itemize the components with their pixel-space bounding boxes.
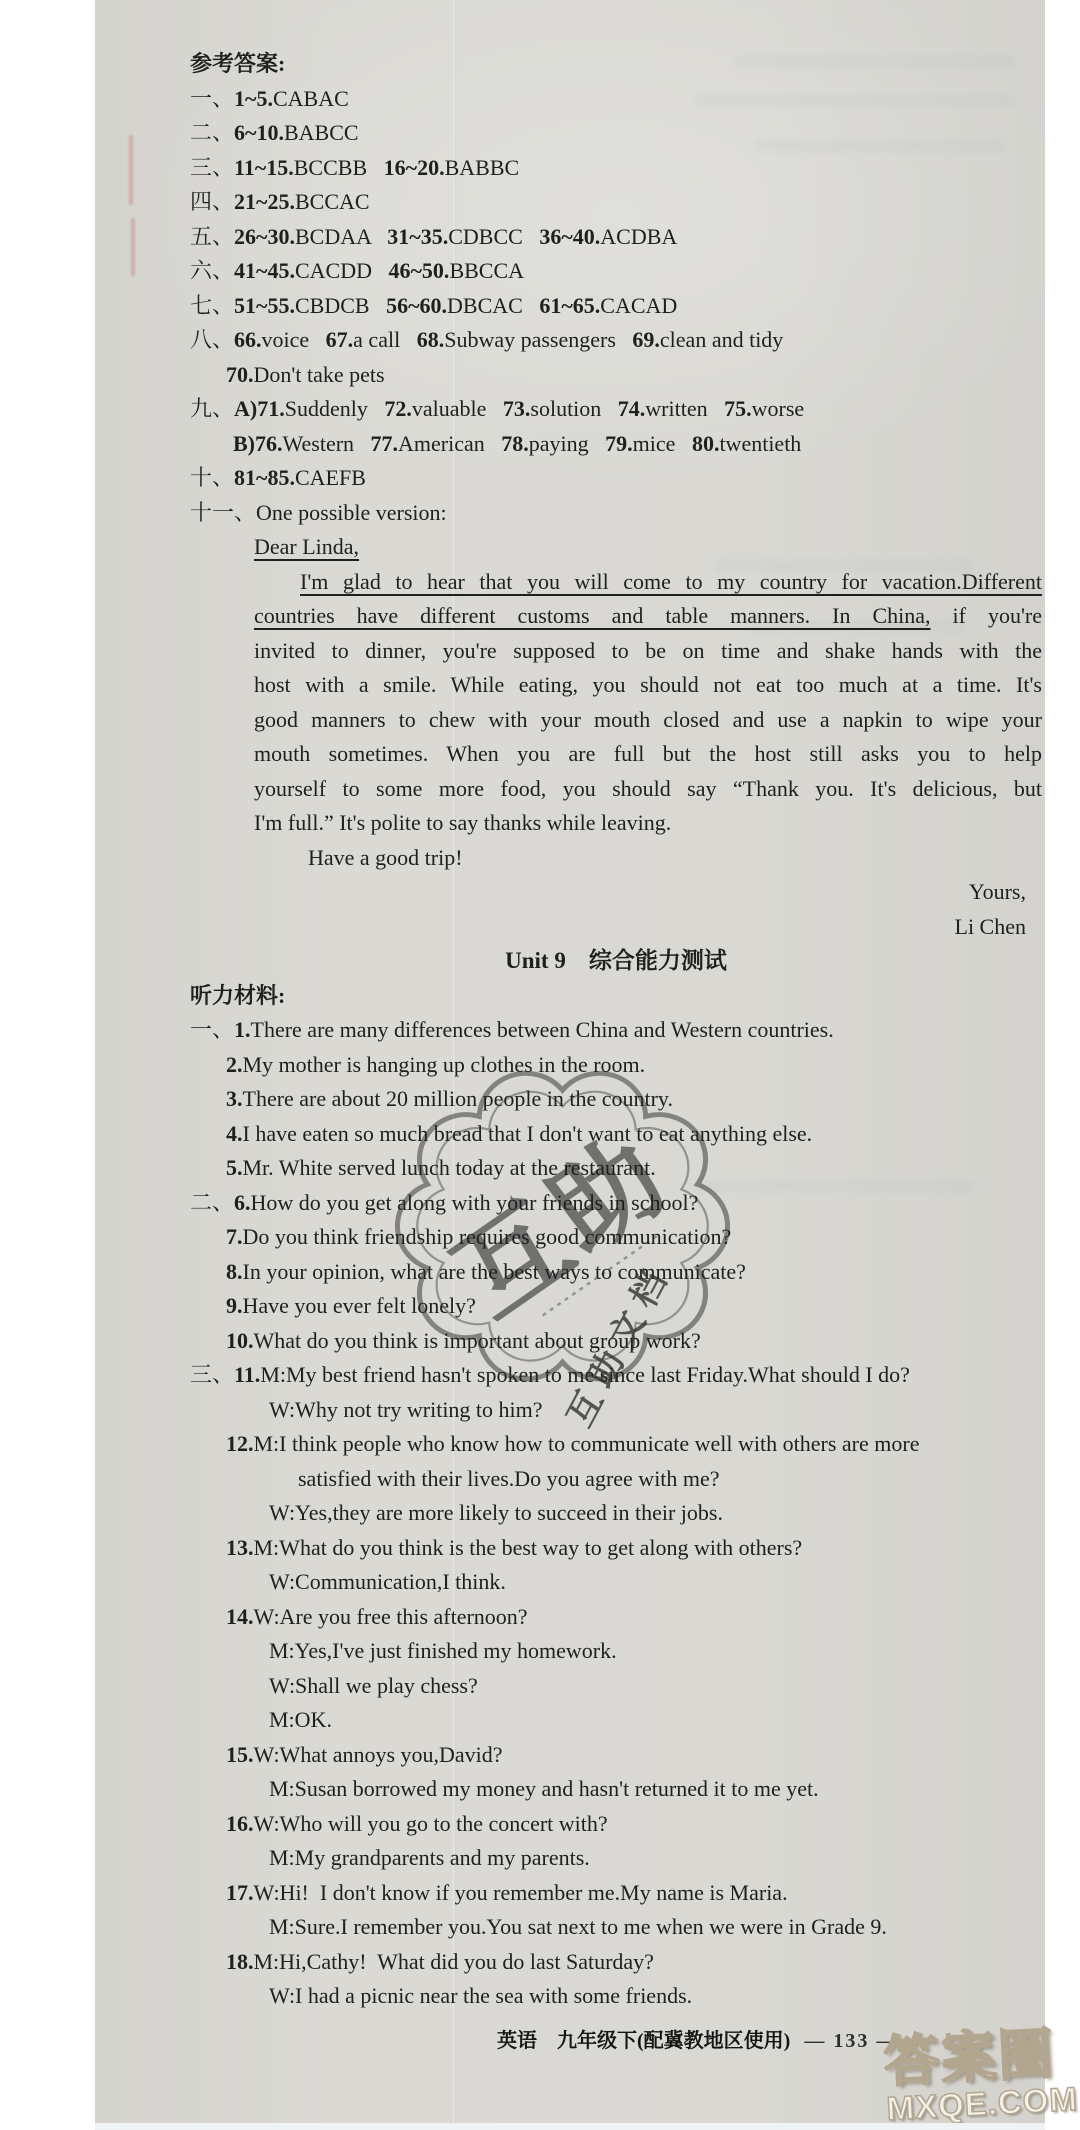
text-segment: There are many differences between China… bbox=[251, 1017, 834, 1042]
text-segment: 一、 bbox=[190, 86, 234, 111]
text-segment: 三、 bbox=[190, 1362, 234, 1387]
text-segment: W:Hi! I don't know if you remember me.My… bbox=[254, 1880, 788, 1905]
item-number: 16~20. bbox=[384, 155, 445, 180]
text-segment: 十一、 bbox=[190, 500, 256, 525]
watermark-logo-title: 答案圈 bbox=[883, 2025, 1077, 2090]
item-number: 6~10. bbox=[234, 120, 284, 145]
item-number: 75. bbox=[724, 396, 752, 421]
text-line: 18.M:Hi,Cathy! What did you do last Satu… bbox=[190, 1945, 1042, 1980]
text-segment bbox=[708, 396, 725, 421]
text-segment: CBDCB bbox=[295, 293, 370, 318]
text-segment: if you're bbox=[931, 603, 1042, 628]
text-segment: 四、 bbox=[190, 189, 234, 214]
item-number: 79. bbox=[605, 431, 633, 456]
text-segment bbox=[354, 431, 371, 456]
text-segment: a call bbox=[353, 327, 400, 352]
text-segment: BABBC bbox=[445, 155, 520, 180]
footer-book-title: 英语 九年级下(配冀教地区使用) bbox=[497, 2030, 790, 2052]
text-segment bbox=[486, 396, 503, 421]
text-segment: 八、 bbox=[190, 327, 234, 352]
text-segment bbox=[523, 293, 540, 318]
text-segment: satisfied with their lives.Do you agree … bbox=[298, 1466, 720, 1491]
item-number: 3. bbox=[226, 1086, 243, 1111]
item-number: 66. bbox=[234, 327, 262, 352]
text-line: M:Susan borrowed my money and hasn't ret… bbox=[190, 1772, 1042, 1807]
text-segment bbox=[601, 396, 618, 421]
text-line: 一、1~5.CABAC bbox=[190, 82, 1042, 117]
item-number: 41~45. bbox=[234, 258, 295, 283]
text-line: satisfied with their lives.Do you agree … bbox=[190, 1462, 1042, 1497]
text-line: 15.W:What annoys you,David? bbox=[190, 1738, 1042, 1773]
item-number: 11~15. bbox=[234, 155, 294, 180]
text-segment: good manners to chew with your mouth clo… bbox=[254, 707, 1042, 732]
text-segment: 五、 bbox=[190, 224, 234, 249]
text-segment bbox=[371, 224, 388, 249]
text-segment: W:Yes,they are more likely to succeed in… bbox=[269, 1500, 723, 1525]
item-number: 77. bbox=[371, 431, 399, 456]
text-segment bbox=[372, 258, 389, 283]
text-segment bbox=[370, 293, 387, 318]
text-segment: 二、 bbox=[190, 1190, 234, 1215]
text-line: M:OK. bbox=[190, 1703, 1042, 1738]
item-number: 2. bbox=[226, 1052, 243, 1077]
paper-background: 参考答案: 一、1~5.CABAC二、6~10.BABCC三、11~15.BCC… bbox=[95, 0, 1045, 2130]
text-segment: CABAC bbox=[273, 86, 349, 111]
text-segment: CDBCC bbox=[448, 224, 523, 249]
text-segment: I'm glad to hear that you will come to m… bbox=[300, 569, 1042, 594]
item-number: 67. bbox=[326, 327, 354, 352]
text-line: host with a smile. While eating, you sho… bbox=[190, 668, 1042, 703]
text-line: Have a good trip! bbox=[190, 841, 1042, 876]
text-segment: I'm full.” It's polite to say thanks whi… bbox=[254, 810, 671, 835]
text-line: B)76.Western 77.American 78.paying 79.mi… bbox=[190, 427, 1042, 462]
text-line: 17.W:Hi! I don't know if you remember me… bbox=[190, 1876, 1042, 1911]
item-number: 1. bbox=[234, 1017, 251, 1042]
text-segment bbox=[309, 327, 326, 352]
text-segment: W:Why not try writing to him? bbox=[269, 1397, 543, 1422]
text-segment: BCCBB bbox=[294, 155, 367, 180]
text-line: W:Shall we play chess? bbox=[190, 1669, 1042, 1704]
text-line: M:Yes,I've just finished my homework. bbox=[190, 1634, 1042, 1669]
text-segment: DBCAC bbox=[447, 293, 523, 318]
item-number: 17. bbox=[226, 1880, 254, 1905]
text-line: 16.W:Who will you go to the concert with… bbox=[190, 1807, 1042, 1842]
item-number: 12. bbox=[226, 1431, 254, 1456]
text-segment: 九、 bbox=[190, 396, 234, 421]
text-line: Li Chen bbox=[190, 910, 1042, 945]
item-number: 15. bbox=[226, 1742, 254, 1767]
text-line: W:Communication,I think. bbox=[190, 1565, 1042, 1600]
text-segment bbox=[589, 431, 606, 456]
text-segment: yourself to some more food, you should s… bbox=[254, 776, 1042, 801]
text-line: W:Yes,they are more likely to succeed in… bbox=[190, 1496, 1042, 1531]
item-number: 9. bbox=[226, 1293, 243, 1318]
text-segment: M:Susan borrowed my money and hasn't ret… bbox=[269, 1776, 819, 1801]
text-segment: mice bbox=[633, 431, 676, 456]
page-footer: 英语 九年级下(配冀教地区使用)— 133 — bbox=[497, 2026, 898, 2056]
text-segment bbox=[675, 431, 692, 456]
item-number: 78. bbox=[501, 431, 529, 456]
item-number: 69. bbox=[632, 327, 660, 352]
text-line: I'm full.” It's polite to say thanks whi… bbox=[190, 806, 1042, 841]
text-segment: BCCAC bbox=[295, 189, 370, 214]
item-number: 26~30. bbox=[234, 224, 295, 249]
text-segment: twentieth bbox=[719, 431, 801, 456]
text-segment: CACAD bbox=[600, 293, 677, 318]
text-segment: M:Yes,I've just finished my homework. bbox=[269, 1638, 617, 1663]
text-segment: countries have different customs and tab… bbox=[254, 603, 931, 628]
text-segment: M:Hi,Cathy! What did you do last Saturda… bbox=[254, 1949, 654, 1974]
text-segment: Don't take pets bbox=[254, 362, 385, 387]
text-segment: written bbox=[645, 396, 707, 421]
text-segment: Have a good trip! bbox=[308, 845, 463, 870]
text-segment: ACDBA bbox=[600, 224, 677, 249]
text-line: M:Sure.I remember you.You sat next to me… bbox=[190, 1910, 1042, 1945]
text-line: 十一、One possible version: bbox=[190, 496, 1042, 531]
text-segment: CAEFB bbox=[295, 465, 366, 490]
text-segment: 一、 bbox=[190, 1017, 234, 1042]
text-line: 四、21~25.BCCAC bbox=[190, 185, 1042, 220]
text-segment: W:Who will you go to the concert with? bbox=[254, 1811, 608, 1836]
red-bleed-mark bbox=[131, 218, 135, 276]
text-segment bbox=[400, 327, 417, 352]
watermark-logo: 答案圈 MXQE.COM bbox=[883, 2025, 1079, 2125]
item-number: 13. bbox=[226, 1535, 254, 1560]
text-segment: BABCC bbox=[284, 120, 359, 145]
item-number: 80. bbox=[692, 431, 720, 456]
item-number: 73. bbox=[503, 396, 531, 421]
text-segment: clean and tidy bbox=[660, 327, 783, 352]
text-segment: mouth sometimes. When you are full but t… bbox=[254, 741, 1042, 766]
listening-material-title: 听力材料: bbox=[190, 979, 1042, 1014]
item-number: 8. bbox=[226, 1259, 243, 1284]
text-segment: M:OK. bbox=[269, 1707, 332, 1732]
text-segment: M:What do you think is the best way to g… bbox=[254, 1535, 803, 1560]
unit-heading: Unit 9 综合能力测试 bbox=[190, 944, 1042, 979]
text-segment bbox=[368, 396, 385, 421]
item-number: 68. bbox=[417, 327, 445, 352]
text-line: 六、41~45.CACDD 46~50.BBCCA bbox=[190, 254, 1042, 289]
text-line: 14.W:Are you free this afternoon? bbox=[190, 1600, 1042, 1635]
text-line: 五、26~30.BCDAA 31~35.CDBCC 36~40.ACDBA bbox=[190, 220, 1042, 255]
red-bleed-mark bbox=[129, 135, 133, 205]
text-segment bbox=[523, 224, 540, 249]
text-line: Yours, bbox=[190, 875, 1042, 910]
text-line: 一、1.There are many differences between C… bbox=[190, 1013, 1042, 1048]
ink-stamp: 互助 bbox=[390, 1066, 735, 1396]
item-number: B)76. bbox=[233, 431, 283, 456]
item-number: 70. bbox=[226, 362, 254, 387]
item-number: 81~85. bbox=[234, 465, 295, 490]
text-segment: M:My grandparents and my parents. bbox=[269, 1845, 590, 1870]
text-segment: Subway passengers bbox=[444, 327, 616, 352]
item-number: 6. bbox=[234, 1190, 251, 1215]
text-line: countries have different customs and tab… bbox=[190, 599, 1042, 634]
text-line: yourself to some more food, you should s… bbox=[190, 772, 1042, 807]
item-number: 74. bbox=[618, 396, 646, 421]
text-segment: invited to dinner, you're supposed to be… bbox=[254, 638, 1042, 663]
text-segment: One possible version: bbox=[256, 500, 447, 525]
text-line: 八、66.voice 67.a call 68.Subway passenger… bbox=[190, 323, 1042, 358]
item-number: 72. bbox=[384, 396, 412, 421]
text-line: I'm glad to hear that you will come to m… bbox=[190, 565, 1042, 600]
item-number: 61~65. bbox=[539, 293, 600, 318]
text-segment: 三、 bbox=[190, 155, 234, 180]
item-number: 51~55. bbox=[234, 293, 295, 318]
text-line: invited to dinner, you're supposed to be… bbox=[190, 634, 1042, 669]
item-number: 31~35. bbox=[387, 224, 448, 249]
text-segment: W:Shall we play chess? bbox=[269, 1673, 478, 1698]
item-number: A)71. bbox=[234, 396, 285, 421]
text-line: mouth sometimes. When you are full but t… bbox=[190, 737, 1042, 772]
scan-bottom-edge bbox=[95, 2123, 1045, 2130]
text-segment: W:Are you free this afternoon? bbox=[254, 1604, 528, 1629]
text-segment: BBCCA bbox=[449, 258, 524, 283]
text-segment bbox=[485, 431, 502, 456]
text-line: good manners to chew with your mouth clo… bbox=[190, 703, 1042, 738]
item-number: 46~50. bbox=[388, 258, 449, 283]
page-content: 参考答案: 一、1~5.CABAC二、6~10.BABCC三、11~15.BCC… bbox=[190, 47, 1042, 2014]
item-number: 56~60. bbox=[386, 293, 447, 318]
text-line: W:I had a picnic near the sea with some … bbox=[190, 1979, 1042, 2014]
text-segment bbox=[616, 327, 633, 352]
item-number: 18. bbox=[226, 1949, 254, 1974]
item-number: 16. bbox=[226, 1811, 254, 1836]
text-segment: Suddenly bbox=[285, 396, 368, 421]
text-segment: paying bbox=[529, 431, 589, 456]
item-number: 5. bbox=[226, 1155, 243, 1180]
text-line: 70.Don't take pets bbox=[190, 358, 1042, 393]
text-line: 七、51~55.CBDCB 56~60.DBCAC 61~65.CACAD bbox=[190, 289, 1042, 324]
text-segment: 七、 bbox=[190, 293, 234, 318]
watermark-logo-domain: MXQE.COM bbox=[886, 2082, 1079, 2125]
text-line: 十、81~85.CAEFB bbox=[190, 461, 1042, 496]
scanned-workbook-page: { "colors":{"paper":"#d9d8d3","ink":"#1f… bbox=[0, 0, 1080, 2130]
model-essay-letter: Dear Linda,I'm glad to hear that you wil… bbox=[190, 530, 1042, 944]
text-segment: CACDD bbox=[295, 258, 372, 283]
text-segment: Li Chen bbox=[955, 914, 1027, 939]
text-segment: W:What annoys you,David? bbox=[254, 1742, 503, 1767]
answer-key-lines: 一、1~5.CABAC二、6~10.BABCC三、11~15.BCCBB 16~… bbox=[190, 82, 1042, 531]
item-number: 4. bbox=[226, 1121, 243, 1146]
text-segment: W:Communication,I think. bbox=[269, 1569, 506, 1594]
text-segment: M:Sure.I remember you.You sat next to me… bbox=[269, 1914, 887, 1939]
text-segment: host with a smile. While eating, you sho… bbox=[254, 672, 1042, 697]
text-segment: valuable bbox=[412, 396, 487, 421]
item-number: 10. bbox=[226, 1328, 254, 1353]
text-line: 九、A)71.Suddenly 72.valuable 73.solution … bbox=[190, 392, 1042, 427]
text-segment: 六、 bbox=[190, 258, 234, 283]
text-segment: BCDAA bbox=[295, 224, 371, 249]
text-segment: Western bbox=[283, 431, 355, 456]
item-number: 1~5. bbox=[234, 86, 273, 111]
item-number: 14. bbox=[226, 1604, 254, 1629]
text-segment: solution bbox=[530, 396, 601, 421]
text-segment: American bbox=[398, 431, 485, 456]
text-line: M:My grandparents and my parents. bbox=[190, 1841, 1042, 1876]
text-segment: W:I had a picnic near the sea with some … bbox=[269, 1983, 692, 2008]
text-segment: Yours, bbox=[969, 879, 1026, 904]
text-line: 三、11~15.BCCBB 16~20.BABBC bbox=[190, 151, 1042, 186]
item-number: 21~25. bbox=[234, 189, 295, 214]
text-line: 12.M:I think people who know how to comm… bbox=[190, 1427, 1042, 1462]
text-segment: M:I think people who know how to communi… bbox=[254, 1431, 920, 1456]
item-number: 7. bbox=[226, 1224, 243, 1249]
text-segment: voice bbox=[262, 327, 310, 352]
text-segment: 十、 bbox=[190, 465, 234, 490]
item-number: 11. bbox=[234, 1362, 260, 1387]
text-segment: worse bbox=[752, 396, 805, 421]
text-line: 13.M:What do you think is the best way t… bbox=[190, 1531, 1042, 1566]
text-line: Dear Linda, bbox=[190, 530, 1042, 565]
text-segment bbox=[367, 155, 384, 180]
answer-key-title: 参考答案: bbox=[190, 47, 1042, 82]
item-number: 36~40. bbox=[539, 224, 600, 249]
text-segment: Dear Linda, bbox=[254, 534, 359, 559]
text-segment: 二、 bbox=[190, 120, 234, 145]
text-line: 二、6~10.BABCC bbox=[190, 116, 1042, 151]
